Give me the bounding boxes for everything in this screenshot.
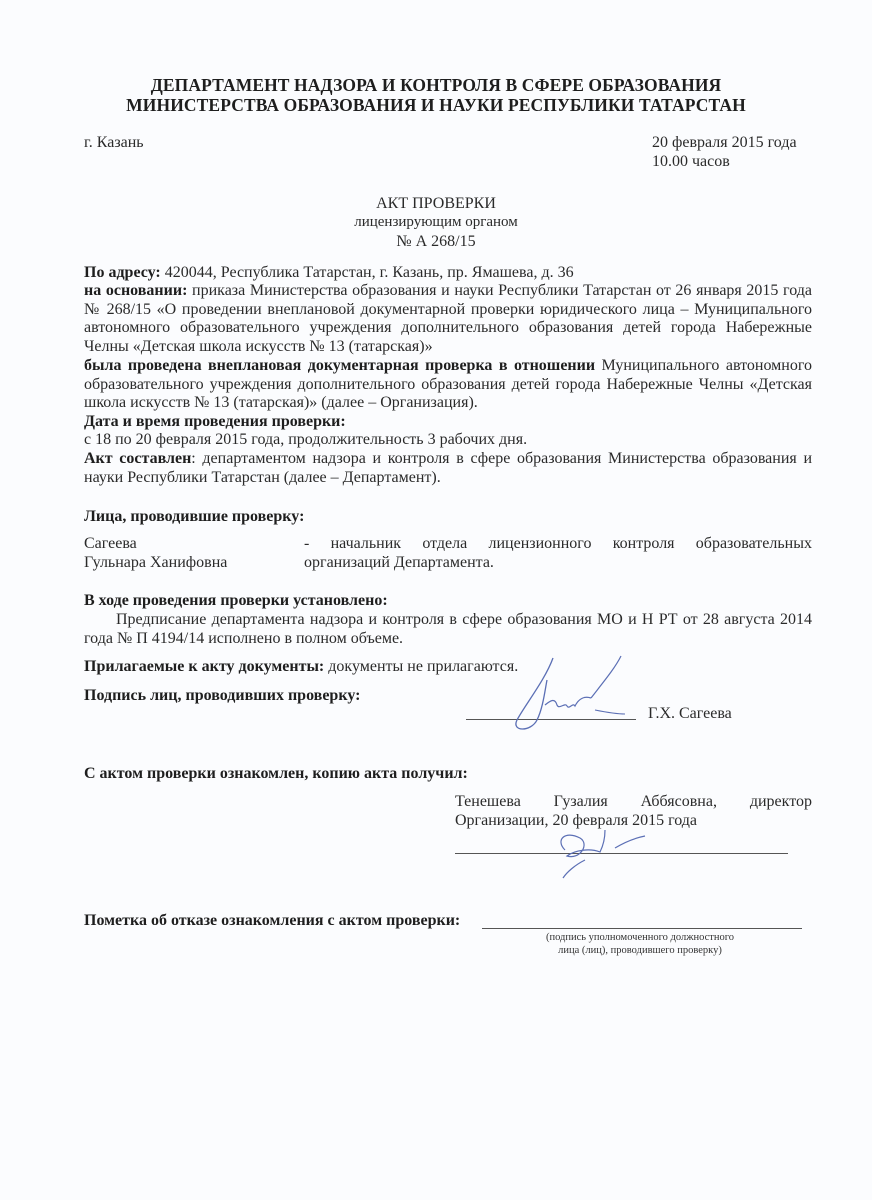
compiled-paragraph: Акт составлен: департаментом надзора и к… bbox=[84, 450, 812, 487]
signature-label-text: Подпись лиц, проводивших проверку: bbox=[84, 687, 360, 704]
signer-name: Г.Х. Сагеева bbox=[648, 705, 732, 723]
handwritten-signature-icon bbox=[495, 650, 635, 735]
inspection-paragraph: была проведена внеплановая документарная… bbox=[84, 357, 812, 413]
inspectors-label-text: Лица, проводившие проверку: bbox=[84, 508, 304, 525]
basis-paragraph: на основании: приказа Министерства образ… bbox=[84, 282, 812, 356]
refusal-caption-2: лица (лиц), проводившего проверку) bbox=[520, 945, 760, 956]
address-label: По адресу: bbox=[84, 264, 161, 281]
compiled-label: Акт составлен bbox=[84, 450, 191, 467]
document-page: ДЕПАРТАМЕНТ НАДЗОРА И КОНТРОЛЯ В СФЕРЕ О… bbox=[0, 0, 872, 1200]
inspector-position: - начальник отдела лицензионного контрол… bbox=[304, 535, 812, 572]
attachments-value: документы не прилагаются. bbox=[324, 658, 518, 675]
refusal-label-text: Пометка об отказе ознакомления с актом п… bbox=[84, 912, 460, 929]
act-number: № А 268/15 bbox=[0, 233, 872, 251]
datetime-label: Дата и время проведения проверки: bbox=[84, 413, 812, 432]
place: г. Казань bbox=[84, 134, 144, 152]
basis-label: на основании: bbox=[84, 282, 187, 299]
header-line-2: МИНИСТЕРСТВА ОБРАЗОВАНИЯ И НАУКИ РЕСПУБЛ… bbox=[0, 95, 872, 116]
date: 20 февраля 2015 года bbox=[652, 134, 797, 152]
attachments-paragraph: Прилагаемые к акту документы: документы … bbox=[84, 658, 812, 677]
findings-label-text: В ходе проведения проверки установлено: bbox=[84, 592, 388, 609]
acknowledged-label: С актом проверки ознакомлен, копию акта … bbox=[84, 765, 812, 784]
refusal-caption-1: (подпись уполномоченного должностного bbox=[520, 932, 760, 943]
basis-value: приказа Министерства образования и науки… bbox=[84, 282, 812, 355]
inspector-name: Гульнара Ханифовна bbox=[84, 554, 227, 572]
time: 10.00 часов bbox=[652, 153, 730, 171]
inspection-label: была проведена внеплановая документарная… bbox=[84, 357, 595, 374]
inspector-surname: Сагеева bbox=[84, 535, 137, 553]
acknowledged-label-text: С актом проверки ознакомлен, копию акта … bbox=[84, 765, 468, 782]
datetime-value: с 18 по 20 февраля 2015 года, продолжите… bbox=[84, 431, 812, 450]
address-paragraph: По адресу: 420044, Республика Татарстан,… bbox=[84, 264, 812, 283]
attachments-label: Прилагаемые к акту документы: bbox=[84, 658, 324, 675]
findings-label: В ходе проведения проверки установлено: bbox=[84, 592, 812, 611]
signature-label: Подпись лиц, проводивших проверку: bbox=[84, 687, 812, 706]
datetime-label-text: Дата и время проведения проверки: bbox=[84, 413, 346, 430]
findings-value: Предписание департамента надзора и контр… bbox=[84, 611, 812, 648]
header-line-1: ДЕПАРТАМЕНТ НАДЗОРА И КОНТРОЛЯ В СФЕРЕ О… bbox=[0, 75, 872, 96]
act-subtitle: лицензирующим органом bbox=[0, 214, 872, 231]
director-signature-icon bbox=[545, 820, 655, 880]
inspectors-label: Лица, проводившие проверку: bbox=[84, 508, 812, 527]
refusal-line bbox=[482, 928, 802, 929]
act-title: АКТ ПРОВЕРКИ bbox=[0, 195, 872, 213]
address-value: 420044, Республика Татарстан, г. Казань,… bbox=[161, 264, 574, 281]
compiled-value: : департаментом надзора и контроля в сфе… bbox=[84, 450, 812, 486]
